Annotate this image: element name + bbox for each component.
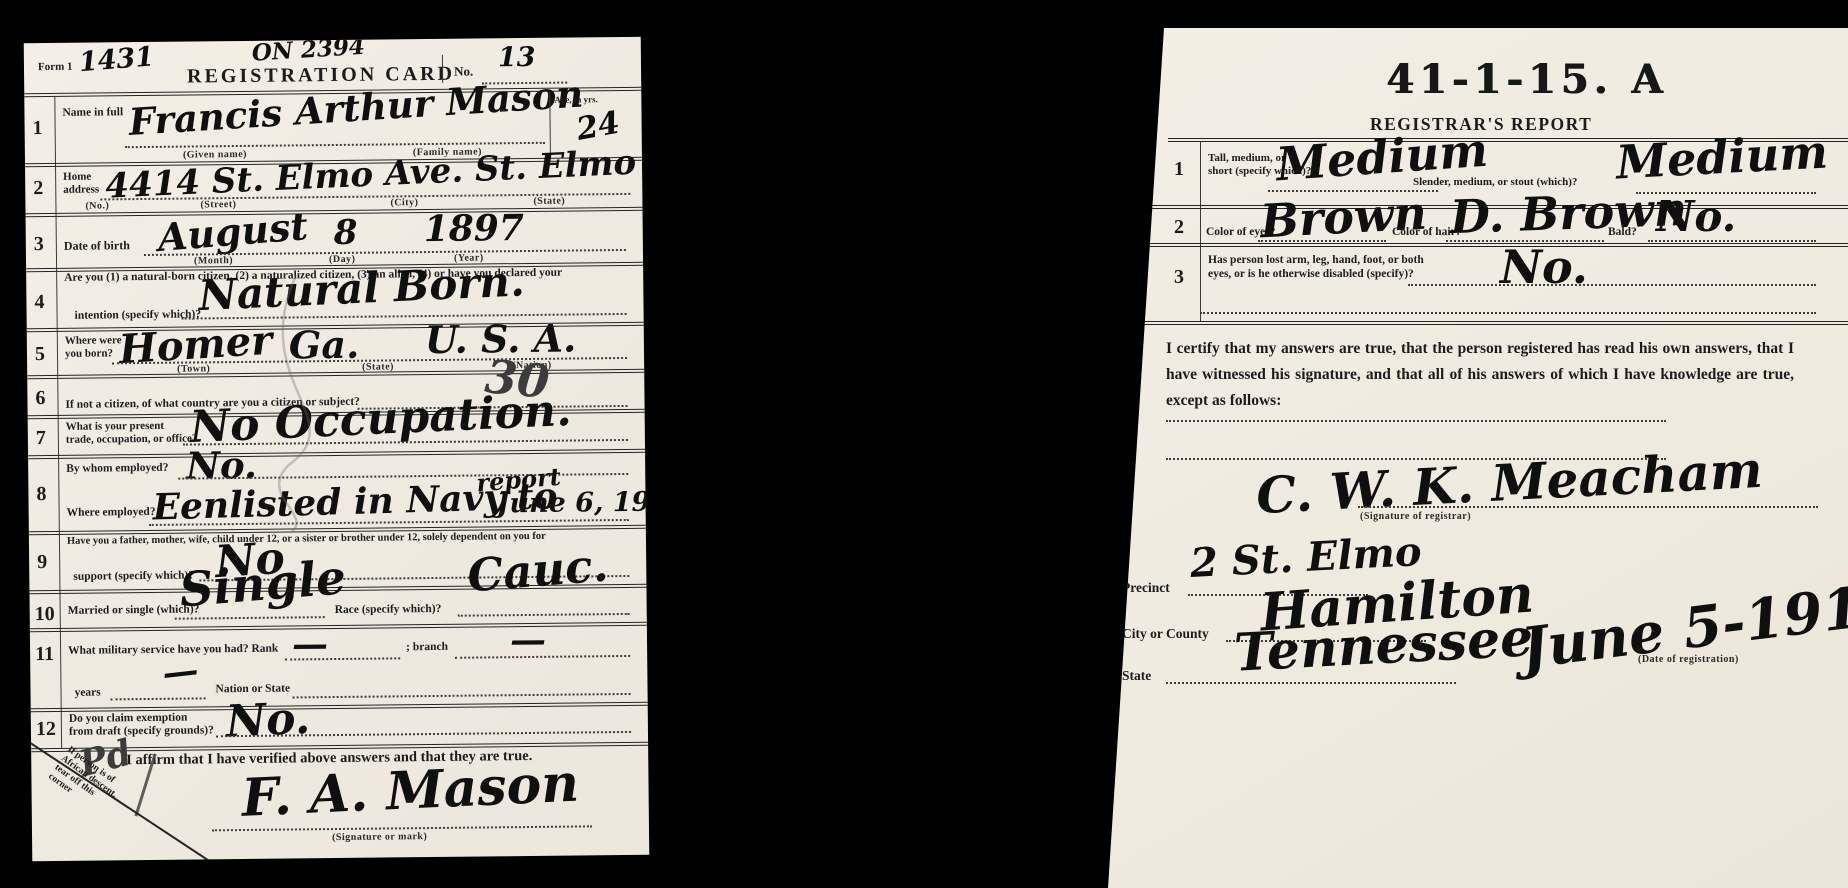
q2-sub-city: (City) xyxy=(390,197,418,208)
r3-label-2: eyes, or is he otherwise disabled (speci… xyxy=(1208,268,1414,280)
signature-line xyxy=(1358,506,1818,508)
fill-line xyxy=(111,697,206,700)
stamp-number: 41-1-15. A xyxy=(1386,56,1667,103)
q9-number: 9 xyxy=(37,551,47,574)
q3-label: Date of birth xyxy=(64,238,130,254)
r2-number: 2 xyxy=(1174,216,1184,239)
fill-line xyxy=(458,613,630,617)
fill-line xyxy=(1408,284,1816,286)
q6-number: 6 xyxy=(35,387,45,410)
q10-value-2: Cauc. xyxy=(466,542,610,598)
r2-value-2: D. Brown xyxy=(1449,186,1688,240)
r2-value-3: No. xyxy=(1656,196,1736,238)
q8-label-2: Where employed? xyxy=(67,506,156,519)
q3-number: 3 xyxy=(34,233,44,256)
q11-dash-2: — xyxy=(510,622,546,658)
state-value: Tennessee xyxy=(1233,612,1535,680)
q9-label-2: support (specify which)? xyxy=(73,569,194,582)
q10-label-2: Race (specify which)? xyxy=(335,603,442,616)
q2-sub-state: (State) xyxy=(533,196,565,207)
number-column-line xyxy=(1200,142,1201,321)
serial-overwrite-note: ON 2394 xyxy=(251,37,365,65)
q1-number: 1 xyxy=(33,117,43,140)
age-box-label: Age, in yrs. xyxy=(554,94,598,104)
q7-number: 7 xyxy=(36,427,46,450)
q12-value: No. xyxy=(225,697,311,745)
number-column-line xyxy=(54,97,62,748)
q3-sub-month: (Month) xyxy=(194,255,233,266)
q10-number: 10 xyxy=(35,603,55,626)
q3-value-month: August xyxy=(156,207,309,257)
q12-number: 12 xyxy=(36,718,56,741)
q8-label-1: By whom employed? xyxy=(66,462,168,475)
q11-number: 11 xyxy=(35,643,54,666)
q7-label-2: trade, occupation, or office? xyxy=(66,432,198,445)
fill-line xyxy=(1166,682,1456,684)
r1-number: 1 xyxy=(1174,158,1184,181)
r1-label-1: Tall, medium, or xyxy=(1208,152,1286,164)
registrar-signature-label: (Signature of registrar) xyxy=(1360,511,1471,522)
q7-label-1: What is your present xyxy=(66,420,164,433)
q2-label-1: Home xyxy=(63,171,91,183)
registration-card: Form 1 1431 ON 2394 REGISTRATION CARD No… xyxy=(24,37,650,861)
form-number: 1431 xyxy=(78,43,155,76)
q5-number: 5 xyxy=(35,343,45,366)
q5-sub-town: (Town) xyxy=(177,363,210,374)
scanned-draft-card-document: { "paper_color": "#f1ede4", "ink_color":… xyxy=(0,0,1848,888)
age-value: 24 xyxy=(574,108,622,146)
registrant-signature-label: (Signature or mark) xyxy=(332,831,427,843)
q2-sub-no: (No.) xyxy=(85,200,109,211)
q11-dash-3: — xyxy=(160,652,200,692)
q11-dash-1: — xyxy=(292,626,328,662)
fill-line xyxy=(1200,312,1816,314)
r3-number: 3 xyxy=(1174,266,1184,289)
fill-line xyxy=(1648,240,1816,242)
q11-label-2: ; branch xyxy=(406,641,448,653)
r1-value-2: Medium xyxy=(1615,128,1829,185)
row-divider xyxy=(1108,243,1848,247)
q11-label-3: years xyxy=(74,686,100,698)
q2-number: 2 xyxy=(33,177,43,200)
row-divider xyxy=(31,702,648,712)
q1-sub-given: (Given name) xyxy=(183,149,247,161)
city-county-label: City or County xyxy=(1122,626,1209,642)
q12-label-1: Do you claim exemption xyxy=(69,712,188,725)
q12-label-2: from draft (specify grounds)? xyxy=(69,724,214,738)
q2-label-2: address xyxy=(63,183,99,195)
q3-value-year: 1897 xyxy=(424,210,525,247)
q10-label-1: Married or single (which)? xyxy=(68,603,200,616)
row-divider xyxy=(1108,321,1848,325)
q4-number: 4 xyxy=(34,291,44,314)
row-divider xyxy=(30,622,647,632)
q8-number: 8 xyxy=(36,483,46,506)
fill-line xyxy=(175,616,325,620)
q5-label-2: you born? xyxy=(65,347,113,360)
no-label: No. xyxy=(454,64,473,80)
q4-label-2: intention (specify which)? xyxy=(75,308,202,321)
fill-line xyxy=(1258,240,1386,242)
q5-label-1: Where were xyxy=(65,334,122,347)
header-separator xyxy=(442,55,443,83)
r2-label-3: Bald? xyxy=(1608,226,1637,238)
blank-line xyxy=(1166,420,1666,422)
registration-date-label: (Date of registration) xyxy=(1638,654,1739,665)
state-label: State xyxy=(1122,668,1151,684)
certification-text: I certify that my answers are true, that… xyxy=(1166,336,1794,414)
q3-value-day: 8 xyxy=(334,216,358,250)
q1-label: Name in full xyxy=(62,106,123,119)
registrant-signature: F. A. Mason xyxy=(241,758,580,825)
form-label: Form 1 xyxy=(38,61,73,73)
registrar-signature: C. W. K. Meacham xyxy=(1255,445,1764,521)
q10-value-1: Single xyxy=(178,554,348,614)
registrars-report-card: 41-1-15. A REGISTRAR'S REPORT 1 Tall, me… xyxy=(1108,28,1848,888)
pencil-scribble xyxy=(226,269,419,541)
r3-label-1: Has person lost arm, leg, hand, foot, or… xyxy=(1208,254,1424,266)
no-value: 13 xyxy=(498,44,536,71)
q8-value-2-date: June 6, 1917 xyxy=(496,488,649,517)
precinct-label: Precinct xyxy=(1122,580,1170,596)
fill-line xyxy=(293,693,631,699)
